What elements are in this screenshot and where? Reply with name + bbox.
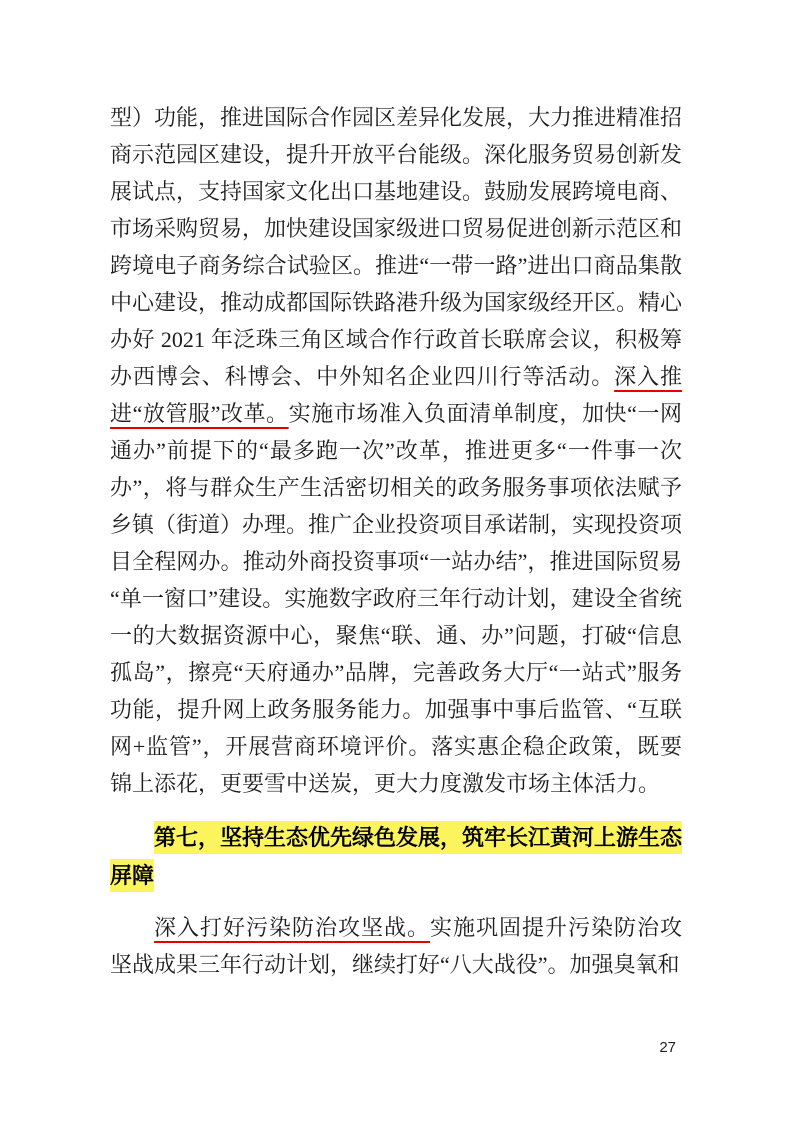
text-segment: 型）功能，推进国际合作园区差异化发展，大力推进精准招商示范园区建设，提升开放平台… (110, 105, 682, 389)
text-segment: 实施市场准入负面清单制度，加快“一网通办”前提下的“最多跑一次”改革，推进更多“… (110, 401, 682, 796)
highlighted-heading-text: 第七，坚持生态优先绿色发展，筑牢长江黄河上游生态屏障 (110, 821, 682, 892)
red-underlined-text: 深入打好污染防治攻坚战。 (154, 915, 430, 940)
body-paragraph-1: 型）功能，推进国际合作园区差异化发展，大力推进精准招商示范园区建设，提升开放平台… (110, 99, 682, 802)
document-page: { "colors": { "highlight": "#fbf45c", "u… (0, 0, 793, 1122)
page-content: 型）功能，推进国际合作园区差异化发展，大力推进精准招商示范园区建设，提升开放平台… (0, 0, 793, 983)
section-heading: 第七，坚持生态优先绿色发展，筑牢长江黄河上游生态屏障 (110, 819, 682, 895)
body-paragraph-2: 深入打好污染防治攻坚战。实施巩固提升污染防治攻坚战成果三年行动计划，继续打好“八… (110, 909, 682, 983)
page-number: 27 (659, 1040, 676, 1055)
